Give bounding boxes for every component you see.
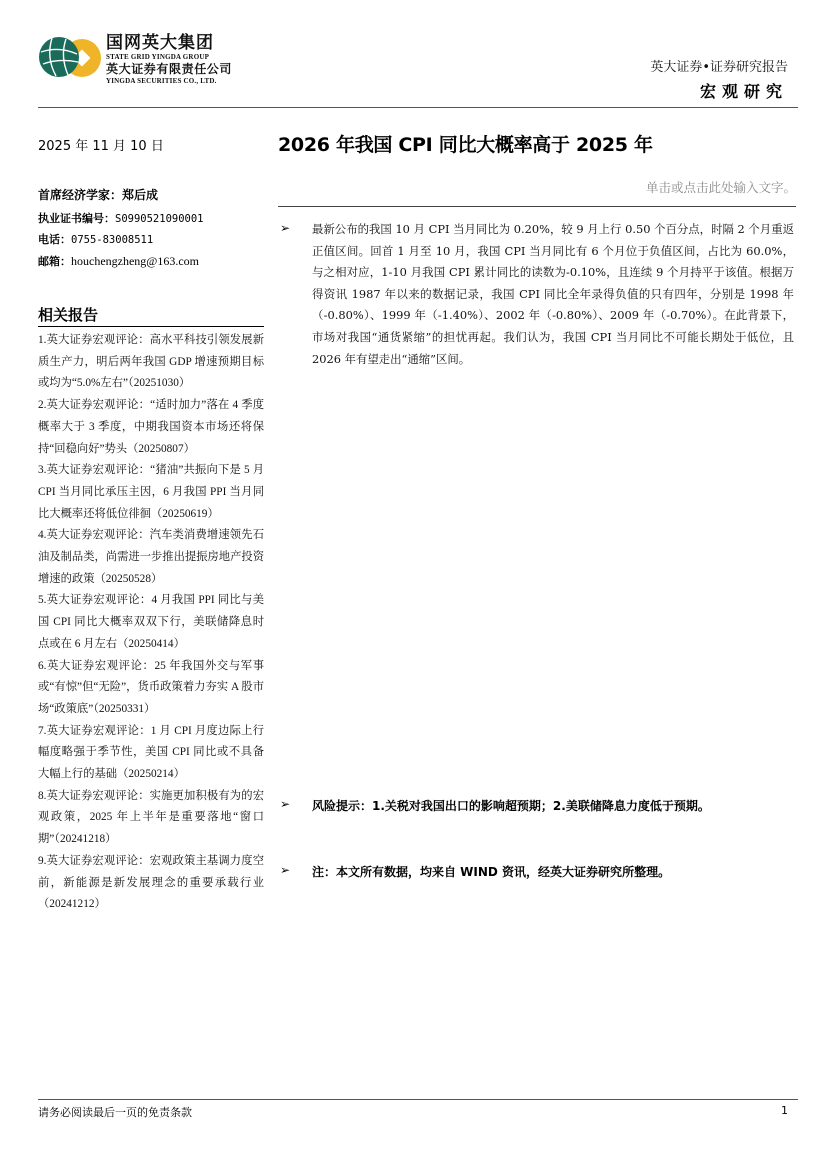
summary-paragraph: 最新公布的我国 10 月 CPI 当月同比为 0.20%，较 9 月上行 0.5… — [312, 219, 794, 370]
report-category: 宏观研究 — [700, 79, 788, 102]
cert-line: 执业证书编号：S0990521090001 — [38, 210, 204, 226]
footer-divider — [38, 1099, 798, 1100]
report-title: 2026 年我国 CPI 同比大概率高于 2025 年 — [278, 130, 653, 157]
footer-disclaimer: 请务必阅读最后一页的免责条款 — [38, 1104, 192, 1120]
cert-value: S0990521090001 — [115, 213, 204, 225]
analyst-name: 郑后成 — [122, 188, 158, 202]
analyst-line: 首席经济学家：郑后成 — [38, 186, 158, 203]
phone-label: 电话： — [38, 233, 71, 246]
header-divider — [38, 107, 798, 108]
related-report-item: 2.英大证券宏观评论：“适时加力”落在 4 季度概率大于 3 季度，中期我国资本… — [38, 395, 264, 460]
logo-group-en: STATE GRID YINGDA GROUP — [106, 53, 232, 62]
logo-company-cn: 英大证券有限责任公司 — [106, 62, 232, 77]
related-report-item: 6.英大证券宏观评论：25 年我国外交与军事或“有惊”但“无险”，货币政策着力夯… — [38, 656, 264, 721]
email-line: 邮箱：houchengzheng@163.com — [38, 253, 199, 269]
related-reports-divider — [38, 326, 264, 327]
main-divider — [278, 206, 796, 207]
phone-line: 电话：0755-83008511 — [38, 231, 153, 247]
data-source-note: 注：本文所有数据，均来自 WIND 资讯，经英大证券研究所整理。 — [312, 863, 670, 880]
text-input-placeholder[interactable]: 单击或点击此处输入文字。 — [646, 178, 796, 196]
report-series: 英大证券•证券研究报告 — [650, 56, 788, 75]
risk-warning: 风险提示：1.关税对我国出口的影响超预期；2.美联储降息力度低于预期。 — [312, 797, 710, 814]
related-reports-list: 1.英大证券宏观评论：高水平科技引领发展新质生产力，明后两年我国 GDP 增速预… — [38, 330, 264, 916]
related-report-item: 3.英大证券宏观评论：“猪油”共振向下是 5 月 CPI 当月同比承压主因，6 … — [38, 460, 264, 525]
cert-label: 执业证书编号： — [38, 212, 115, 225]
company-logo: 国网英大集团 STATE GRID YINGDA GROUP 英大证券有限责任公… — [38, 33, 253, 95]
analyst-label: 首席经济学家： — [38, 188, 122, 202]
bullet-arrow-icon: ➢ — [280, 863, 290, 877]
related-report-item: 9.英大证券宏观评论：宏观政策主基调力度空前，新能源是新发展理念的重要承载行业（… — [38, 851, 264, 916]
email-value[interactable]: houchengzheng@163.com — [71, 254, 199, 268]
related-report-item: 8.英大证券宏观评论：实施更加积极有为的宏观政策，2025 年上半年是重要落地“… — [38, 786, 264, 851]
logo-company-en: YINGDA SECURITIES CO., LTD. — [106, 77, 232, 86]
related-report-item: 7.英大证券宏观评论：1 月 CPI 月度边际上行幅度略强于季节性，美国 CPI… — [38, 721, 264, 786]
report-date: 2025 年 11 月 10 日 — [38, 135, 164, 154]
bullet-arrow-icon: ➢ — [280, 221, 290, 235]
related-report-item: 5.英大证券宏观评论：4 月我国 PPI 同比与美国 CPI 同比大概率双双下行… — [38, 590, 264, 655]
page-number: 1 — [781, 1104, 788, 1117]
logo-globe-coin-icon — [38, 36, 102, 80]
related-reports-title: 相关报告 — [38, 304, 98, 325]
phone-value: 0755-83008511 — [71, 234, 153, 246]
bullet-arrow-icon: ➢ — [280, 797, 290, 811]
related-report-item: 4.英大证券宏观评论：汽车类消费增速领先石油及制品类，尚需进一步推出提振房地产投… — [38, 525, 264, 590]
logo-group-cn: 国网英大集团 — [106, 33, 232, 53]
related-report-item: 1.英大证券宏观评论：高水平科技引领发展新质生产力，明后两年我国 GDP 增速预… — [38, 330, 264, 395]
email-label: 邮箱： — [38, 255, 71, 268]
